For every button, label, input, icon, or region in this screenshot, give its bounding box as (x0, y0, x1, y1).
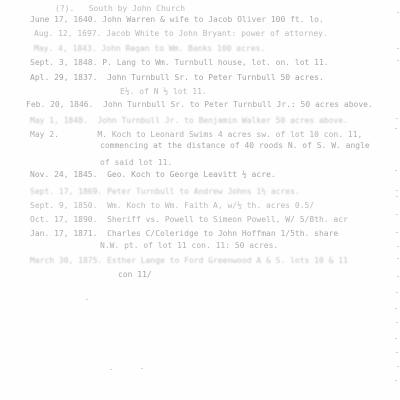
toner-speck (141, 368, 143, 369)
edge-artifact-dot (396, 292, 398, 293)
record-line: Apl. 29, 1837. John Turnbull Sr. to Pete… (30, 73, 324, 82)
record-line: Feb. 20, 1846. John Turnbull Sr. to Pete… (26, 100, 373, 109)
record-line: E½. of N ½ lot 11. (120, 87, 207, 96)
edge-artifact-dot (396, 352, 398, 353)
record-line: Sept. 9, 1850. Wm. Koch to Wm. Faith A, … (30, 201, 314, 210)
edge-artifact-dot (395, 170, 397, 171)
scan-edge-artifacts (393, 0, 399, 400)
record-line: March 30, 1875. Esther Lange to Ford Gre… (30, 256, 348, 265)
record-line: Aug. 12, 1697. Jacob White to John Bryan… (34, 29, 328, 38)
edge-artifact-dot (396, 118, 398, 119)
edge-artifact-dot (396, 232, 398, 233)
edge-artifact-dot (397, 276, 399, 277)
edge-artifact-dot (397, 246, 399, 247)
scanned-document-page: (?). South by John ChurchJune 17, 1640. … (0, 0, 400, 400)
toner-speck (110, 369, 112, 370)
edge-artifact-dot (397, 60, 399, 61)
record-line: Nov. 24, 1845. Geo. Koch to George Leavi… (30, 170, 276, 179)
edge-artifact-dot (397, 12, 399, 13)
record-line: May 2. M. Koch to Leonard Swims 4 acres … (30, 130, 362, 139)
edge-artifact-dot (396, 214, 398, 215)
edge-artifact-dot (396, 322, 398, 323)
record-line: of said lot 11. (100, 158, 172, 167)
edge-artifact-dot (397, 48, 399, 49)
record-line: Jan. 17, 1871. Charles C/Coleridge to Jo… (30, 229, 338, 238)
edge-artifact-dot (395, 380, 397, 381)
edge-artifact-dot (395, 338, 397, 339)
toner-speck (86, 299, 88, 300)
record-line: Sept. 17, 1869. Peter Turnbull to Andrew… (30, 187, 300, 196)
record-line: con 11/ (118, 270, 152, 279)
record-line: (?). South by John Church (55, 4, 185, 13)
edge-artifact-dot (397, 366, 399, 367)
record-line: June 17, 1640. John Warren & wife to Jac… (30, 15, 324, 24)
record-line: Sept. 3, 1848. P. Lang to Wm. Turnbull h… (30, 58, 329, 67)
edge-artifact-dot (395, 128, 397, 129)
record-line: May 1, 1848. John Turnbull Jr. to Benjam… (30, 116, 348, 125)
record-line: Oct. 17, 1890. Sheriff vs. Powell to Sim… (30, 215, 348, 224)
edge-artifact-dot (396, 196, 398, 197)
edge-artifact-dot (397, 258, 399, 259)
record-line: May. 4, 1843. John Regan to Wm. Banks 10… (34, 44, 265, 53)
edge-artifact-dot (395, 308, 397, 309)
record-line: commencing at the distance of 40 roods N… (100, 141, 370, 150)
record-line: N.W. pt. of lot 11 con. 11: 50 acres. (100, 241, 278, 250)
edge-artifact-dot (396, 190, 398, 191)
